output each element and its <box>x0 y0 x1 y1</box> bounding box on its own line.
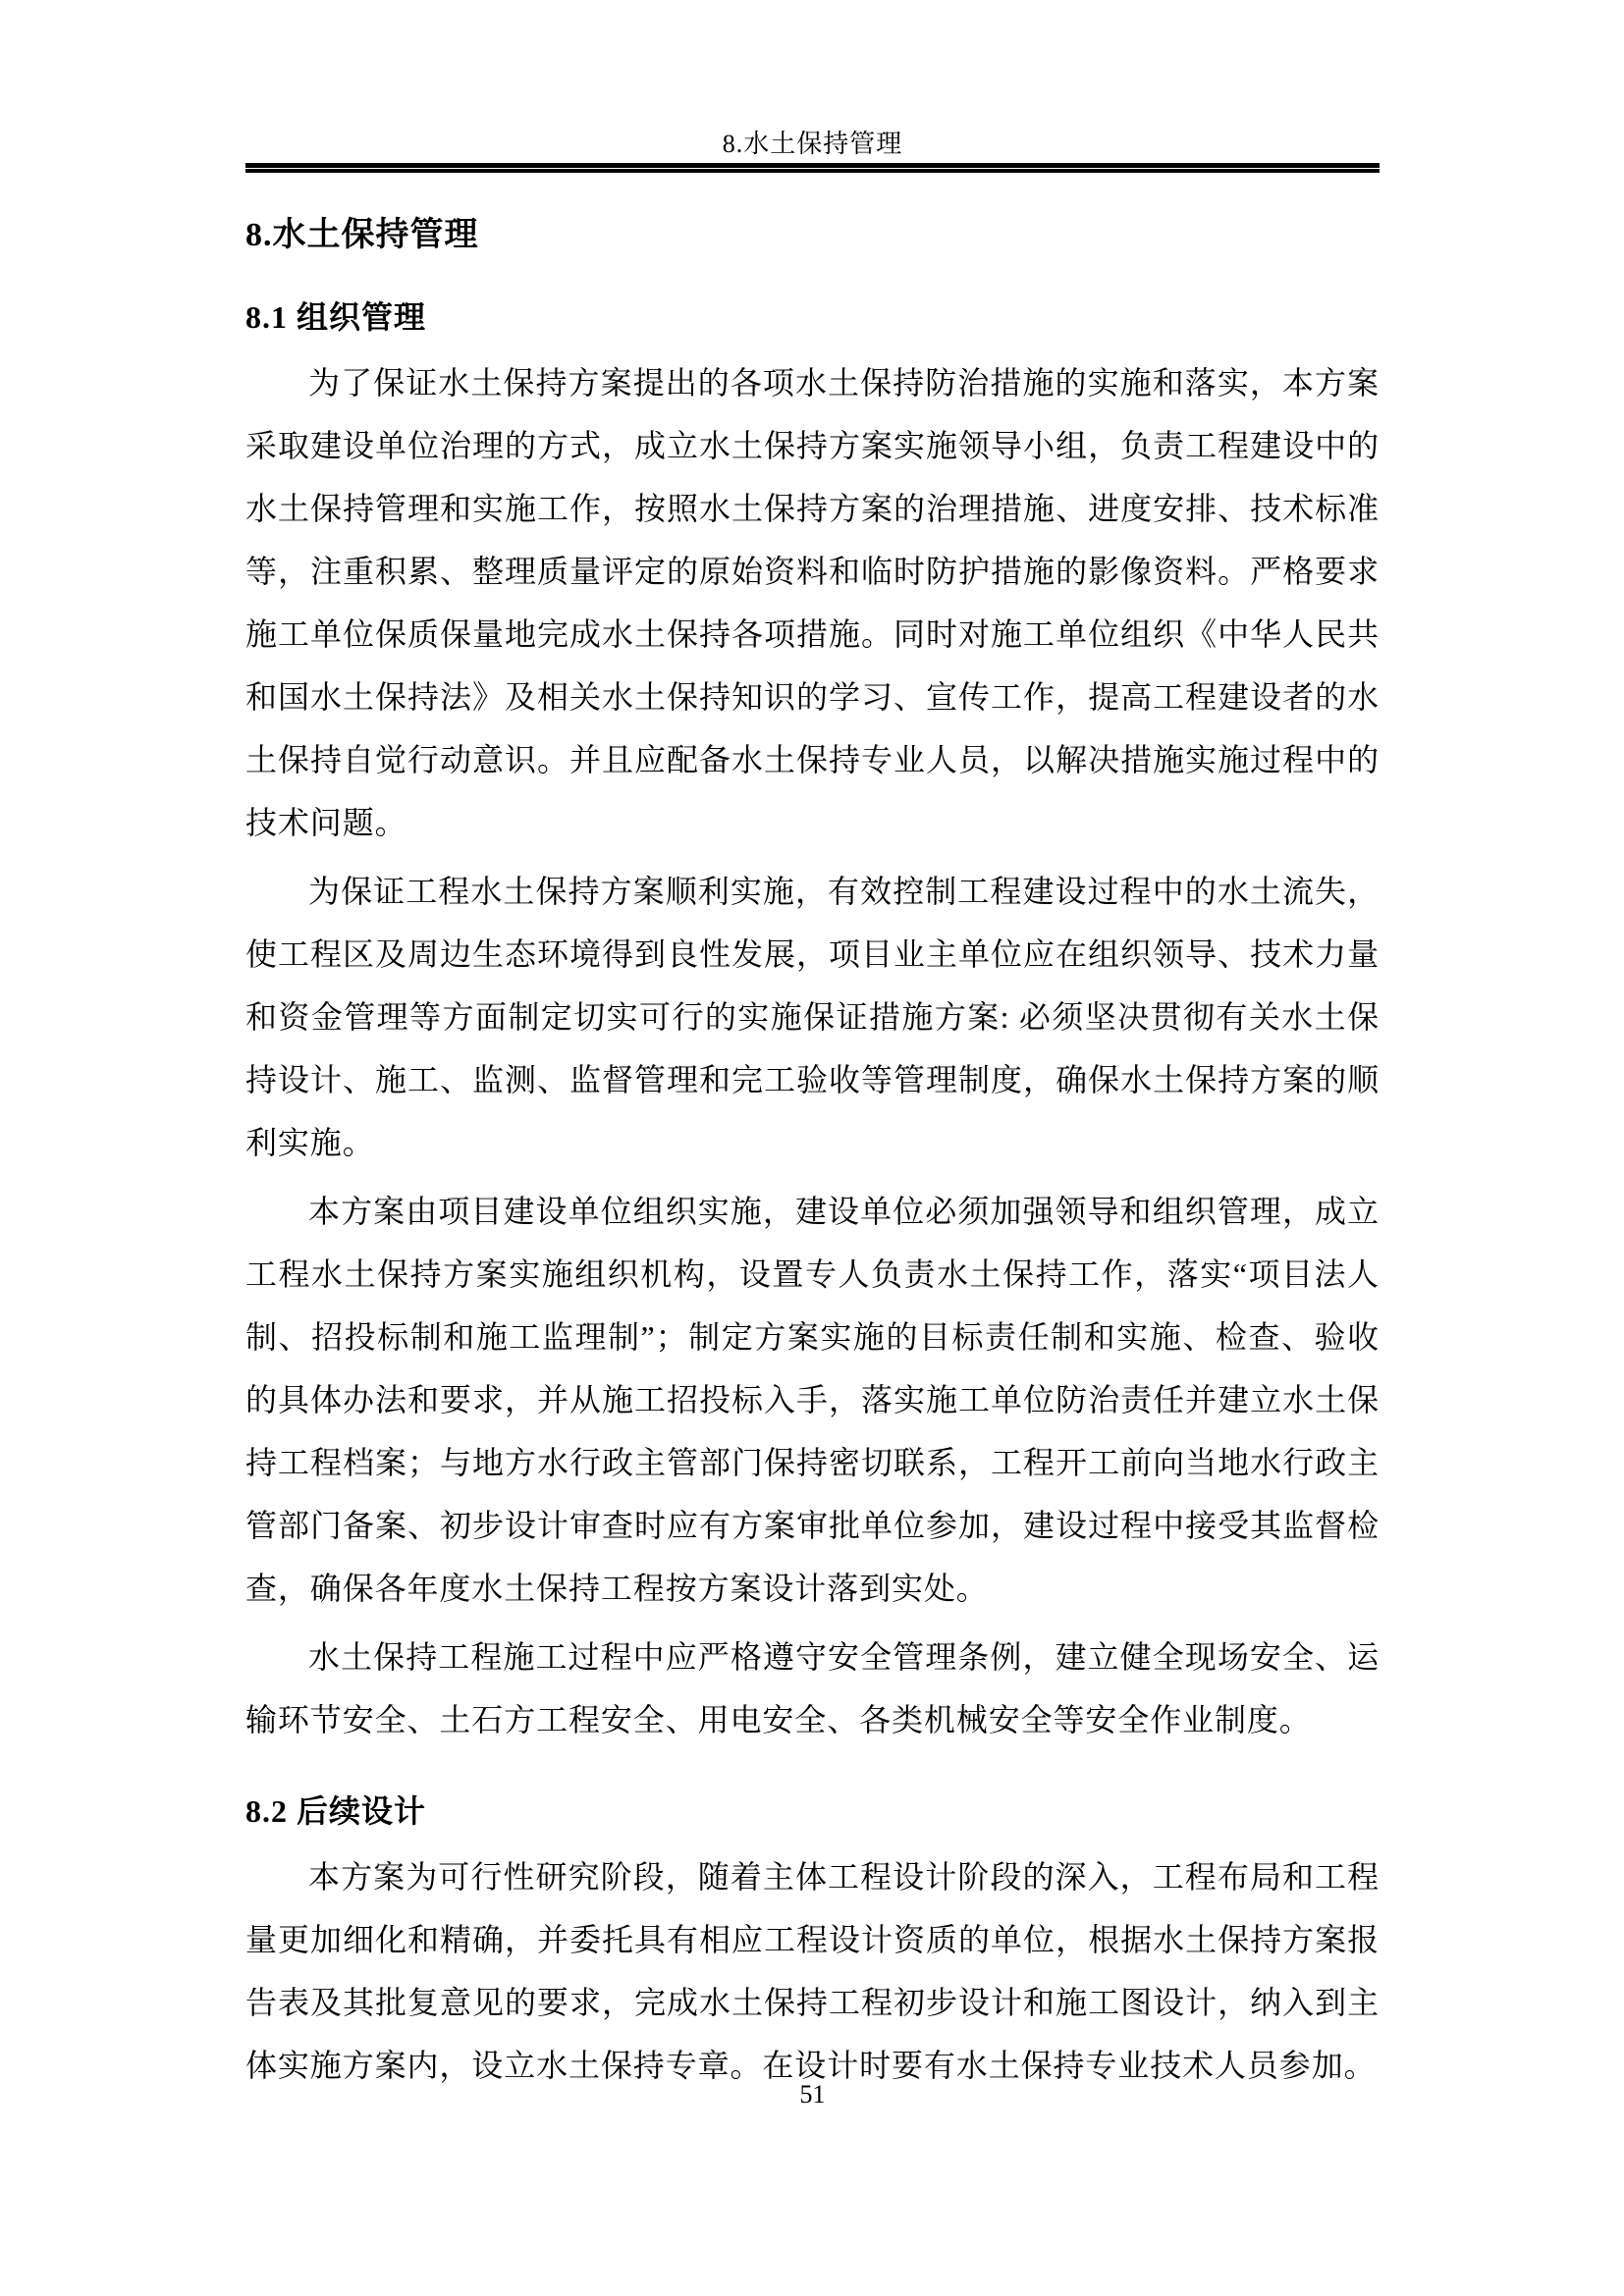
paragraph-organization-3: 本方案由项目建设单位组织实施，建设单位必须加强领导和组织管理，成立工程水土保持方… <box>245 1180 1380 1620</box>
document-page: 8.水土保持管理 8.水土保持管理 8.1 组织管理 为了保证水土保持方案提出的… <box>0 0 1624 2296</box>
document-title: 8.水土保持管理 <box>245 214 1380 257</box>
paragraph-organization-2: 为保证工程水土保持方案顺利实施，有效控制工程建设过程中的水土流失，使工程区及周边… <box>245 860 1380 1174</box>
running-header: 8.水土保持管理 <box>245 130 1380 159</box>
paragraph-organization-4: 水土保持工程施工过程中应严格遵守安全管理条例，建立健全现场安全、运输环节安全、土… <box>245 1626 1380 1751</box>
section-heading-8-2: 8.2 后续设计 <box>245 1790 1380 1832</box>
header-rule <box>245 163 1380 173</box>
page-number: 51 <box>245 2079 1380 2110</box>
document-content: 8.水土保持管理 8.1 组织管理 为了保证水土保持方案提出的各项水土保持防治措… <box>245 192 1380 2103</box>
paragraph-organization-1: 为了保证水土保持方案提出的各项水土保持防治措施的实施和落实，本方案采取建设单位治… <box>245 351 1380 854</box>
paragraph-followup-design-1: 本方案为可行性研究阶段，随着主体工程设计阶段的深入，工程布局和工程量更加细化和精… <box>245 1845 1380 2097</box>
section-heading-8-1: 8.1 组织管理 <box>245 296 1380 338</box>
